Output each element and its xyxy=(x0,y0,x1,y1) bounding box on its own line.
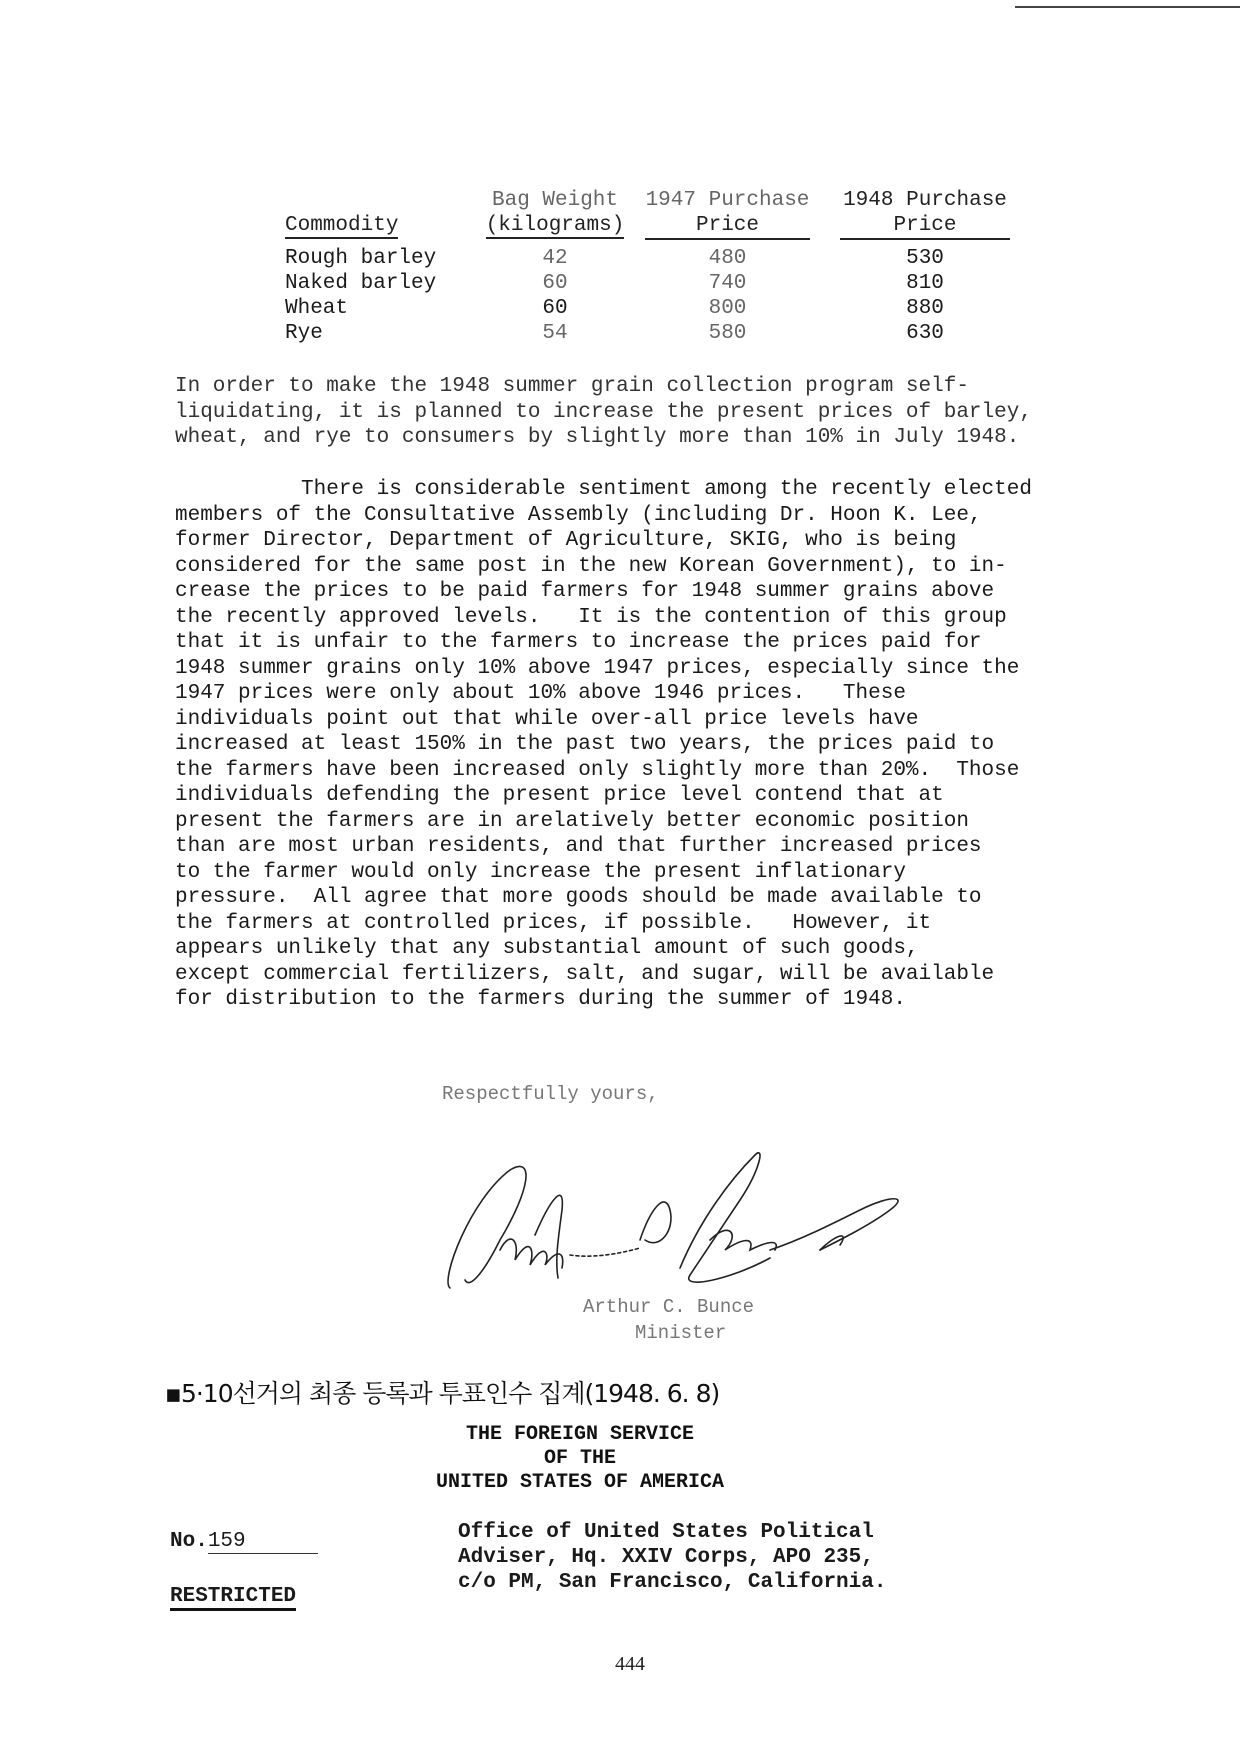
cell-commodity: Rye xyxy=(285,321,465,346)
cell-bag-weight: 60 xyxy=(480,271,630,296)
cell-commodity: Naked barley xyxy=(285,271,465,296)
header-1947-line1: 1947 Purchase xyxy=(645,188,810,213)
cell-bag-weight: 54 xyxy=(480,321,630,346)
cell-bag-weight: 42 xyxy=(480,246,630,271)
signatory-title: Minister xyxy=(635,1322,726,1344)
cell-commodity: Wheat xyxy=(285,296,465,321)
classification-marking: RESTRICTED xyxy=(170,1585,296,1611)
table-row: Rough barley 42 480 530 xyxy=(285,246,1025,271)
letterhead-line2: OF THE xyxy=(300,1447,860,1470)
closing-salutation: Respectfully yours, xyxy=(442,1083,659,1105)
scan-edge-line xyxy=(1015,6,1240,8)
cell-bag-weight: 60 xyxy=(480,296,630,321)
page-number: 444 xyxy=(600,1653,660,1676)
cell-price-1948: 530 xyxy=(840,246,1010,271)
cell-commodity: Rough barley xyxy=(285,246,465,271)
cell-price-1948: 880 xyxy=(840,296,1010,321)
cell-price-1947: 480 xyxy=(645,246,810,271)
letterhead-line1: THE FOREIGN SERVICE xyxy=(300,1423,860,1446)
header-bag-weight-label: (kilograms) xyxy=(486,214,625,239)
office-address: Office of United States Political Advise… xyxy=(458,1520,886,1595)
header-1948-line2: Price xyxy=(840,213,1010,240)
document-number-value: 159 xyxy=(208,1530,318,1554)
document-number: No.159 xyxy=(170,1530,318,1554)
header-commodity-label: Commodity xyxy=(285,214,398,239)
table-row: Wheat 60 800 880 xyxy=(285,296,1025,321)
header-1947-line2: Price xyxy=(645,213,810,240)
cell-price-1948: 630 xyxy=(840,321,1010,346)
signature-image xyxy=(440,1140,940,1300)
cell-price-1947: 800 xyxy=(645,296,810,321)
cell-price-1948: 810 xyxy=(840,271,1010,296)
korean-caption: ▪5·10선거의 최종 등록과 투표인수 집계(1948. 6. 8) xyxy=(165,1374,719,1410)
table-row: Naked barley 60 740 810 xyxy=(285,271,1025,296)
header-1948-line1: 1948 Purchase xyxy=(840,188,1010,213)
paragraph-self-liquidating: In order to make the 1948 summer grain c… xyxy=(175,374,1075,451)
document-number-label: No. xyxy=(170,1530,208,1553)
table-row: Rye 54 580 630 xyxy=(285,321,1025,346)
paragraph-assembly-sentiment: There is considerable sentiment among th… xyxy=(175,477,1075,1013)
cell-price-1947: 580 xyxy=(645,321,810,346)
cell-price-1947: 740 xyxy=(645,271,810,296)
header-bag-weight-line1: Bag Weight xyxy=(480,188,630,213)
letterhead-line3: UNITED STATES OF AMERICA xyxy=(300,1471,860,1494)
header-commodity: Commodity xyxy=(285,213,465,238)
signatory-name: Arthur C. Bunce xyxy=(583,1296,754,1318)
header-bag-weight-line2: (kilograms) xyxy=(480,213,630,238)
